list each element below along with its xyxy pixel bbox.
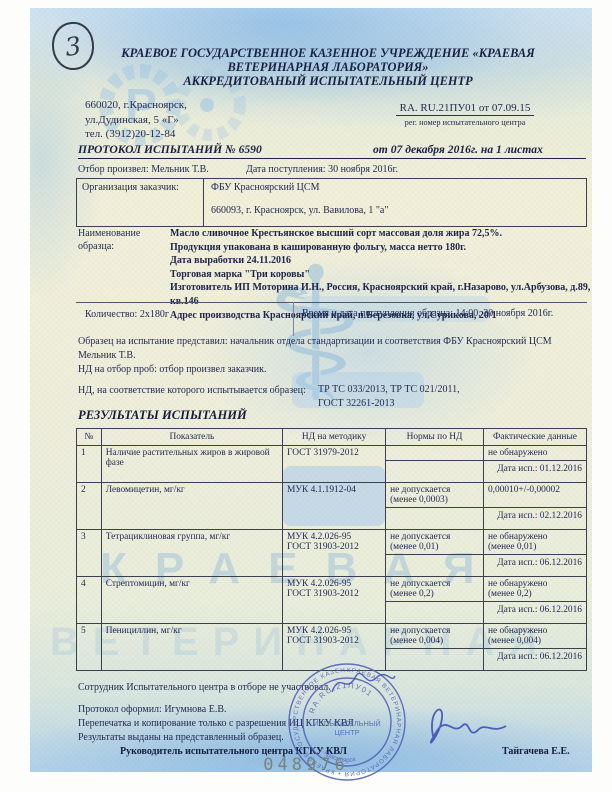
divider-line — [76, 302, 587, 303]
row-actual: не обнаружено (менее 0,004) — [483, 624, 586, 649]
row-norm: не допускается (менее 0,01) — [386, 530, 484, 555]
row-actual: 0,00010+/-0,00002 — [483, 483, 586, 508]
nd-compliance-value: ТР ТС 033/2013, ТР ТС 021/2011, ГОСТ 322… — [318, 383, 460, 410]
org-line1: КРАЕВОЕ ГОСУДАРСТВЕННОЕ КАЗЕННОЕ УЧРЕЖДЕ… — [88, 46, 568, 60]
nd-sampling: НД на отбор проб: отбор произвел заказчи… — [78, 364, 266, 375]
received-date: Дата поступления: 30 ноября 2016г. — [246, 164, 398, 175]
customer-name: ФБУ Красноярский ЦСМ — [211, 182, 586, 193]
row-date: Дата исп.: 01.12.2016 — [483, 461, 586, 483]
org-address: 660020, г.Красноярск, ул.Дудинская, 5 «Г… — [85, 98, 187, 142]
row-indicator: Тетрациклиновая группа, мг/кг — [101, 530, 282, 577]
table-row: 5 Пенициллин, мг/кг МУК 4.2.026-95 ГОСТ … — [77, 624, 587, 649]
sample-label-line1: Наименование — [78, 227, 168, 240]
row-num: 5 — [77, 624, 102, 671]
row-date: Дата исп.: 06.12.2016 — [483, 555, 586, 577]
row-method: ГОСТ 31979-2012 — [283, 446, 386, 483]
address-line3: тел. (3912)20-12-84 — [85, 127, 187, 142]
table-row: 2 Левомицетин, мг/кг МУК 4.1.1912-04 не … — [77, 483, 587, 508]
sample-line: Масло сливочное Крестьянское высший сорт… — [170, 227, 602, 241]
protocol-title: ПРОТОКОЛ ИСПЫТАНИЙ № 6590 — [78, 143, 262, 156]
row-date: Дата исп.: 06.12.2016 — [483, 602, 586, 624]
results-note: Результаты выданы на представленный обра… — [78, 732, 284, 743]
row-norm-empty — [386, 555, 484, 577]
results-title: РЕЗУЛЬТАТЫ ИСПЫТАНИЙ — [78, 408, 247, 423]
customer-label: Организация заказчик: — [77, 179, 204, 226]
sample-line: Дата выработки 24.11.2016 — [170, 254, 602, 268]
col-indicator: Показатель — [101, 429, 282, 446]
stamp-center-line1: ИСПЫТАТЕЛЬНЫЙ — [313, 719, 380, 728]
sampling-meta-row: Отбор произвел: Мельник Т.В. Дата поступ… — [78, 164, 586, 175]
row-indicator: Стрептомицин, мг/кг — [101, 577, 282, 624]
row-actual: не обнаружено — [483, 446, 586, 461]
table-row: 3 Тетрациклиновая группа, мг/кг МУК 4.2.… — [77, 530, 587, 555]
row-indicator: Наличие растительных жиров в жировой фаз… — [101, 446, 282, 483]
row-norm: не допускается (менее 0,004) — [386, 624, 484, 649]
registration-caption: рег. номер испытательного центра — [360, 118, 570, 127]
scanned-test-protocol-page: Р ⚕ КРАЕВАЯ ВЕТЕРИНАРНАЯ 3 КРАЕВОЕ ГОСУД… — [0, 0, 612, 792]
row-norm: не допускается (менее 0,0003) — [386, 483, 484, 508]
security-paper: Р ⚕ КРАЕВАЯ ВЕТЕРИНАРНАЯ 3 КРАЕВОЕ ГОСУД… — [30, 8, 592, 772]
row-norm-empty — [386, 508, 484, 530]
row-norm: не допускается (менее 0,2) — [386, 577, 484, 602]
nd-compliance-label: НД, на соответствие которого испытываетс… — [78, 385, 306, 396]
org-line3: АККРЕДИТОВАНЫЙ ИСПЫТАТЕЛЬНЫЙ ЦЕНТР — [88, 74, 568, 88]
divider-line-vertical — [293, 302, 294, 336]
row-num: 4 — [77, 577, 102, 624]
sample-name-label: Наименование образца: — [78, 227, 168, 253]
col-num: № — [77, 429, 102, 446]
row-indicator: Пенициллин, мг/кг — [101, 624, 282, 671]
sampled-by: Отбор произвел: Мельник Т.В. — [78, 164, 209, 175]
signature-small — [326, 666, 398, 700]
presented-by: Образец на испытание представил: начальн… — [78, 335, 590, 362]
row-indicator: Левомицетин, мг/кг — [101, 483, 282, 530]
customer-box: Организация заказчик: ФБУ Красноярский Ц… — [76, 178, 587, 227]
registration-number-block: RA. RU.21ПУ01 от 07.09.15 рег. номер исп… — [360, 98, 570, 127]
row-method: МУК 4.2.026-95 ГОСТ 31903-2012 — [283, 577, 386, 624]
row-method: МУК 4.1.1912-04 — [283, 483, 386, 530]
serial-number: 048976 — [0, 755, 612, 775]
row-date: Дата исп.: 06.12.2016 — [483, 649, 586, 671]
row-norm-empty — [386, 602, 484, 624]
protocol-date: от 07 декабря 2016г. на 1 листах — [373, 143, 543, 156]
table-row: 4 Стрептомицин, мг/кг МУК 4.2.026-95 ГОС… — [77, 577, 587, 602]
customer-address: 660093, г. Красноярск, ул. Вавилова, 1 "… — [211, 205, 586, 216]
address-line2: ул.Дудинская, 5 «Г» — [85, 113, 187, 128]
row-num: 2 — [77, 483, 102, 530]
sample-label-line2: образца: — [78, 240, 168, 253]
sample-line: Продукция упакована в кашированную фольг… — [170, 241, 602, 255]
table-header-row: № Показатель НД на методику Нормы по НД … — [77, 429, 587, 446]
col-actual: Фактические данные — [483, 429, 586, 446]
org-line2: ВЕТЕРИНАРНАЯ ЛАБОРАТОРИЯ» — [88, 60, 568, 74]
row-norm — [386, 446, 484, 461]
received-time: Время и дата поступления образца: 14:00,… — [302, 308, 553, 319]
col-norm: Нормы по НД — [386, 429, 484, 446]
results-table: № Показатель НД на методику Нормы по НД … — [76, 428, 587, 671]
address-line1: 660020, г.Красноярск, — [85, 98, 187, 113]
row-actual: не обнаружено (менее 0,01) — [483, 530, 586, 555]
sample-line: Изготовитель ИП Моторина И.Н., Россия, К… — [170, 281, 602, 308]
quantity: Количество: 2х180г — [85, 309, 169, 320]
signature-head — [418, 696, 510, 758]
table-row: 1 Наличие растительных жиров в жировой ф… — [77, 446, 587, 461]
col-method: НД на методику — [283, 429, 386, 446]
protocol-title-row: ПРОТОКОЛ ИСПЫТАНИЙ № 6590 от 07 декабря … — [78, 143, 586, 159]
row-norm-empty — [386, 461, 484, 483]
sample-line: Торговая марка "Три коровы" — [170, 268, 602, 282]
stamp-center-line2: ЦЕНТР — [334, 728, 359, 737]
prepared-by: Протокол оформил: Игумнова Е.В. — [78, 704, 227, 715]
registration-number: RA. RU.21ПУ01 от 07.09.15 — [396, 102, 535, 116]
row-num: 3 — [77, 530, 102, 577]
row-num: 1 — [77, 446, 102, 483]
customer-details: ФБУ Красноярский ЦСМ 660093, г. Краснояр… — [204, 179, 586, 226]
organization-name: КРАЕВОЕ ГОСУДАРСТВЕННОЕ КАЗЕННОЕ УЧРЕЖДЕ… — [88, 46, 568, 89]
row-date: Дата исп.: 02.12.2016 — [483, 508, 586, 530]
row-method: МУК 4.2.026-95 ГОСТ 31903-2012 — [283, 530, 386, 577]
page-number-digit: 3 — [63, 31, 83, 62]
row-actual: не обнаружено (менее 0,2) — [483, 577, 586, 602]
